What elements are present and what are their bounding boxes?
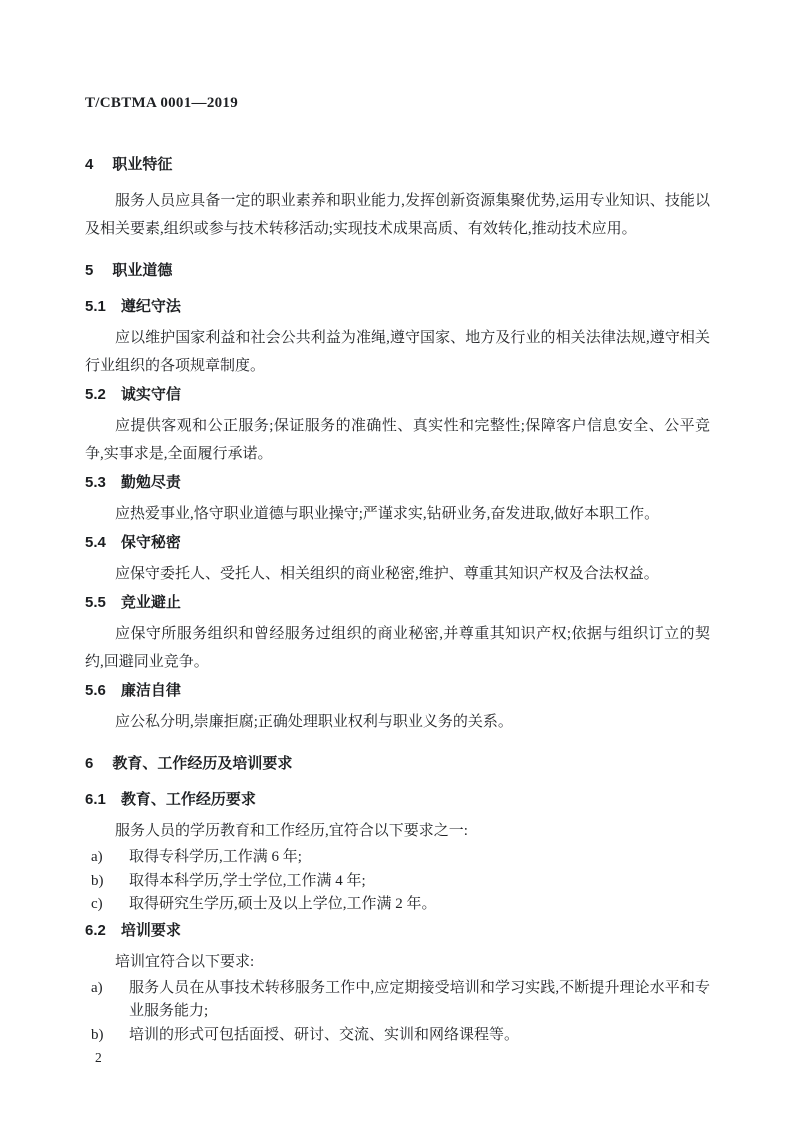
subsection-5-6-heading: 5.6廉洁自律 xyxy=(85,681,710,701)
subsection-number: 5.1 xyxy=(85,297,106,317)
subsection-5-2-heading: 5.2诚实守信 xyxy=(85,385,710,405)
subsection-number: 5.3 xyxy=(85,473,106,493)
subsection-number: 5.5 xyxy=(85,593,106,613)
list-item-label: a) xyxy=(91,846,129,870)
subsection-5-1-paragraph: 应以维护国家利益和社会公共利益为准绳,遵守国家、地方及行业的相关法律法规,遵守相… xyxy=(85,324,710,380)
section-title: 教育、工作经历及培训要求 xyxy=(112,755,292,772)
list-item: a) 取得专科学历,工作满 6 年; xyxy=(91,846,710,870)
subsection-title: 廉洁自律 xyxy=(121,682,181,699)
subsection-title: 遵纪守法 xyxy=(121,298,181,315)
subsection-5-3-paragraph: 应热爱事业,恪守职业道德与职业操守;严谨求实,钻研业务,奋发进取,做好本职工作。 xyxy=(85,500,710,528)
subsection-5-3-heading: 5.3勤勉尽责 xyxy=(85,473,710,493)
subsection-title: 竞业避止 xyxy=(121,594,181,611)
subsection-5-5-paragraph: 应保守所服务组织和曾经服务过组织的商业秘密,并尊重其知识产权;依据与组织订立的契… xyxy=(85,620,710,676)
education-requirements-list: a) 取得专科学历,工作满 6 年; b) 取得本科学历,学士学位,工作满 4 … xyxy=(91,846,710,917)
list-item: c) 取得研究生学历,硕士及以上学位,工作满 2 年。 xyxy=(91,893,710,917)
standard-number: T/CBTMA 0001—2019 xyxy=(85,94,710,112)
section-number: 4 xyxy=(85,155,93,175)
list-item-text: 服务人员在从事技术转移服务工作中,应定期接受培训和学习实践,不断提升理论水平和专… xyxy=(129,977,710,1024)
list-item: b) 取得本科学历,学士学位,工作满 4 年; xyxy=(91,870,710,894)
subsection-5-6-paragraph: 应公私分明,崇廉拒腐;正确处理职业权利与职业义务的关系。 xyxy=(85,708,710,736)
subsection-title: 保守秘密 xyxy=(121,534,181,551)
section-5-heading: 5职业道德 xyxy=(85,261,710,281)
subsection-5-4-heading: 5.4保守秘密 xyxy=(85,533,710,553)
list-item-label: b) xyxy=(91,870,129,894)
subsection-title: 教育、工作经历要求 xyxy=(121,791,256,808)
subsection-5-5-heading: 5.5竞业避止 xyxy=(85,593,710,613)
subsection-number: 6.2 xyxy=(85,921,106,941)
subsection-6-1-heading: 6.1教育、工作经历要求 xyxy=(85,790,710,810)
list-item-text: 取得本科学历,学士学位,工作满 4 年; xyxy=(129,870,710,894)
training-requirements-list: a) 服务人员在从事技术转移服务工作中,应定期接受培训和学习实践,不断提升理论水… xyxy=(91,977,710,1048)
section-title: 职业道德 xyxy=(112,262,172,279)
list-item-text: 培训的形式可包括面授、研讨、交流、实训和网络课程等。 xyxy=(129,1024,710,1048)
subsection-title: 勤勉尽责 xyxy=(121,474,181,491)
document-page: T/CBTMA 0001—2019 4职业特征 服务人员应具备一定的职业素养和职… xyxy=(0,0,794,1122)
subsection-number: 5.6 xyxy=(85,681,106,701)
section-number: 5 xyxy=(85,261,93,281)
subsection-title: 诚实守信 xyxy=(121,386,181,403)
subsection-5-1-heading: 5.1遵纪守法 xyxy=(85,297,710,317)
section-title: 职业特征 xyxy=(112,156,172,173)
subsection-title: 培训要求 xyxy=(121,922,181,939)
list-item-text: 取得研究生学历,硕士及以上学位,工作满 2 年。 xyxy=(129,893,710,917)
section-4-paragraph: 服务人员应具备一定的职业素养和职业能力,发挥创新资源集聚优势,运用专业知识、技能… xyxy=(85,187,710,243)
section-number: 6 xyxy=(85,754,93,774)
list-item: a) 服务人员在从事技术转移服务工作中,应定期接受培训和学习实践,不断提升理论水… xyxy=(91,977,710,1024)
list-item-label: a) xyxy=(91,977,129,1024)
subsection-6-2-paragraph: 培训宜符合以下要求: xyxy=(85,948,710,976)
page-number: 2 xyxy=(95,1049,710,1067)
list-item-label: b) xyxy=(91,1024,129,1048)
subsection-number: 6.1 xyxy=(85,790,106,810)
section-4-heading: 4职业特征 xyxy=(85,155,710,175)
section-6-heading: 6教育、工作经历及培训要求 xyxy=(85,754,710,774)
list-item-text: 取得专科学历,工作满 6 年; xyxy=(129,846,710,870)
list-item: b) 培训的形式可包括面授、研讨、交流、实训和网络课程等。 xyxy=(91,1024,710,1048)
subsection-number: 5.4 xyxy=(85,533,106,553)
subsection-6-1-paragraph: 服务人员的学历教育和工作经历,宜符合以下要求之一: xyxy=(85,817,710,845)
subsection-5-4-paragraph: 应保守委托人、受托人、相关组织的商业秘密,维护、尊重其知识产权及合法权益。 xyxy=(85,560,710,588)
subsection-number: 5.2 xyxy=(85,385,106,405)
subsection-6-2-heading: 6.2培训要求 xyxy=(85,921,710,941)
list-item-label: c) xyxy=(91,893,129,917)
subsection-5-2-paragraph: 应提供客观和公正服务;保证服务的准确性、真实性和完整性;保障客户信息安全、公平竞… xyxy=(85,412,710,468)
